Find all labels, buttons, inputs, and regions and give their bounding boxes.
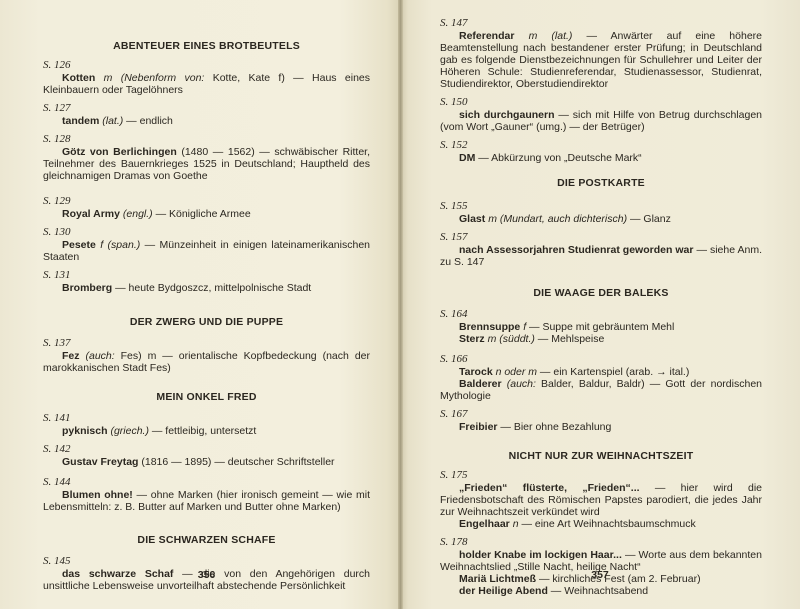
entry-term: holder Knabe im lockigen Haar... — [459, 549, 622, 561]
entry-grammar: (engl.) — [123, 208, 153, 220]
entry-definition: (1816 — 1895) — deutscher Schriftsteller — [138, 456, 334, 468]
entry-term: der Heilige Abend — [459, 585, 548, 597]
glossary-entry: S. 147 Referendar m (lat.) — Anwärter au… — [440, 16, 762, 90]
entry-term: sich durchgaunern — [459, 109, 554, 121]
page-reference: S. 167 — [440, 407, 762, 421]
book-gutter — [398, 0, 403, 609]
section-title: ABENTEUER EINES BROTBEUTELS — [43, 40, 370, 52]
section-title: NICHT NUR ZUR WEIHNACHTSZEIT — [440, 450, 762, 462]
glossary-entry: S. 144 Blumen ohne! — ohne Marken (hier … — [43, 475, 370, 513]
glossary-entry: S. 142 Gustav Freytag (1816 — 1895) — de… — [43, 442, 370, 468]
page-reference: S. 142 — [43, 442, 370, 456]
glossary-entry: S. 137 Fez (auch: Fes) m — orientalische… — [43, 336, 370, 374]
entry-grammar: (auch: — [85, 350, 114, 362]
entry-term: DM — [459, 152, 475, 164]
entry-term: Referendar — [459, 30, 514, 42]
page-reference: S. 150 — [440, 95, 762, 109]
entry-grammar: m (Nebenform von: — [104, 72, 205, 84]
glossary-entry: S. 130 Pesete f (span.) — Münzeinheit in… — [43, 225, 370, 263]
entry-definition: — Bier ohne Bezahlung — [498, 421, 612, 433]
page-reference: S. 155 — [440, 199, 762, 213]
glossary-entry: S. 175 „Frieden“ flüsterte, „Frieden“...… — [440, 468, 762, 530]
page-reference: S. 178 — [440, 535, 762, 549]
page-reference: S. 137 — [43, 336, 370, 350]
entry-term: nach Assessorjahren Studienrat geworden … — [459, 244, 693, 256]
entry-grammar: m (süddt.) — [488, 333, 535, 345]
glossary-entry: S. 128 Götz von Berlichingen (1480 — 156… — [43, 132, 370, 182]
entry-definition: — Königliche Armee — [153, 208, 251, 220]
entry-term: Brennsuppe — [459, 321, 520, 333]
section-title: DIE SCHWARZEN SCHAFE — [43, 534, 370, 546]
entry-term: Götz von Berlichingen — [62, 146, 177, 158]
glossary-entry: S. 150 sich durchgaunern — sich mit Hilf… — [440, 95, 762, 133]
page-reference: S. 164 — [440, 307, 762, 321]
page-reference: S. 152 — [440, 138, 762, 152]
glossary-entry: S. 127 tandem (lat.) — endlich — [43, 101, 370, 127]
page-reference: S. 147 — [440, 16, 762, 30]
glossary-entry: S. 131 Bromberg — heute Bydgoszcz, mitte… — [43, 268, 370, 294]
glossary-entry: S. 126 Kotten m (Nebenform von: Kotte, K… — [43, 58, 370, 96]
section-title: MEIN ONKEL FRED — [43, 391, 370, 403]
entry-term: Bromberg — [62, 282, 112, 294]
entry-definition: — Glanz — [627, 213, 671, 225]
entry-definition: — ein Kartenspiel (arab. → ital.) — [537, 366, 689, 378]
entry-definition: — heute Bydgoszcz, mittelpolnische Stadt — [112, 282, 311, 294]
entry-term: tandem — [62, 115, 99, 127]
entry-definition: — Mehlspeise — [535, 333, 604, 345]
glossary-entry: S. 141 pyknisch (griech.) — fettleibig, … — [43, 411, 370, 437]
entry-term: Glast — [459, 213, 485, 225]
entry-grammar: (lat.) — [102, 115, 123, 127]
glossary-entry: S. 167 Freibier — Bier ohne Bezahlung — [440, 407, 762, 433]
page-reference: S. 131 — [43, 268, 370, 282]
page-reference: S. 130 — [43, 225, 370, 239]
entry-term: pyknisch — [62, 425, 108, 437]
entry-grammar: m (lat.) — [529, 30, 573, 42]
entry-term: Tarock — [459, 366, 493, 378]
entry-term: Fez — [62, 350, 80, 362]
section-title: DIE POSTKARTE — [440, 177, 762, 189]
entry-term: Sterz — [459, 333, 485, 345]
book-spread: ABENTEUER EINES BROTBEUTELS S. 126 Kotte… — [0, 0, 800, 609]
entry-term: Pesete — [62, 239, 96, 251]
entry-term: Blumen ohne! — [62, 489, 133, 501]
glossary-entry: S. 155 Glast m (Mundart, auch dichterisc… — [440, 199, 762, 225]
glossary-entry: S. 164 Brennsuppe f — Suppe mit gebräunt… — [440, 307, 762, 345]
entry-term: Royal Army — [62, 208, 120, 220]
page-reference: S. 127 — [43, 101, 370, 115]
entry-definition: — eine Art Weihnachtsbaumschmuck — [519, 518, 696, 530]
entry-definition: — Suppe mit gebräuntem Mehl — [526, 321, 674, 333]
glossary-entry: S. 129 Royal Army (engl.) — Königliche A… — [43, 194, 370, 220]
page-number: 356 — [13, 569, 400, 581]
glossary-entry: S. 178 holder Knabe im lockigen Haar... … — [440, 535, 762, 597]
entry-grammar: m (Mundart, auch dichterisch) — [488, 213, 627, 225]
entry-definition: — endlich — [123, 115, 173, 127]
page-reference: S. 141 — [43, 411, 370, 425]
right-page: S. 147 Referendar m (lat.) — Anwärter au… — [400, 0, 800, 609]
entry-definition: — fettleibig, untersetzt — [149, 425, 256, 437]
entry-term: Engelhaar — [459, 518, 510, 530]
page-number: 357 — [400, 569, 800, 581]
section-title: DIE WAAGE DER BALEKS — [440, 287, 762, 299]
page-reference: S. 126 — [43, 58, 370, 72]
page-reference: S. 144 — [43, 475, 370, 489]
page-reference: S. 145 — [43, 554, 370, 568]
entry-grammar: n oder m — [496, 366, 537, 378]
page-reference: S. 128 — [43, 132, 370, 146]
page-reference: S. 129 — [43, 194, 370, 208]
entry-term: „Frieden“ flüsterte, „Frieden“... — [459, 482, 640, 494]
entry-term: Freibier — [459, 421, 498, 433]
entry-term: Balderer — [459, 378, 502, 390]
glossary-entry: S. 166 Tarock n oder m — ein Kartenspiel… — [440, 352, 762, 402]
glossary-entry: S. 152 DM — Abkürzung von „Deutsche Mark… — [440, 138, 762, 164]
entry-grammar: f (span.) — [100, 239, 140, 251]
page-reference: S. 157 — [440, 230, 762, 244]
glossary-entry: S. 157 nach Assessorjahren Studienrat ge… — [440, 230, 762, 268]
entry-definition: — Weihnachtsabend — [548, 585, 648, 597]
page-reference: S. 175 — [440, 468, 762, 482]
entry-term: Kotten — [62, 72, 95, 84]
entry-term: Gustav Freytag — [62, 456, 138, 468]
entry-grammar: (griech.) — [110, 425, 149, 437]
entry-grammar: (auch: — [507, 378, 536, 390]
entry-definition: — Abkürzung von „Deutsche Mark“ — [475, 152, 641, 164]
page-reference: S. 166 — [440, 352, 762, 366]
left-page: ABENTEUER EINES BROTBEUTELS S. 126 Kotte… — [0, 0, 400, 609]
section-title: DER ZWERG UND DIE PUPPE — [43, 316, 370, 328]
